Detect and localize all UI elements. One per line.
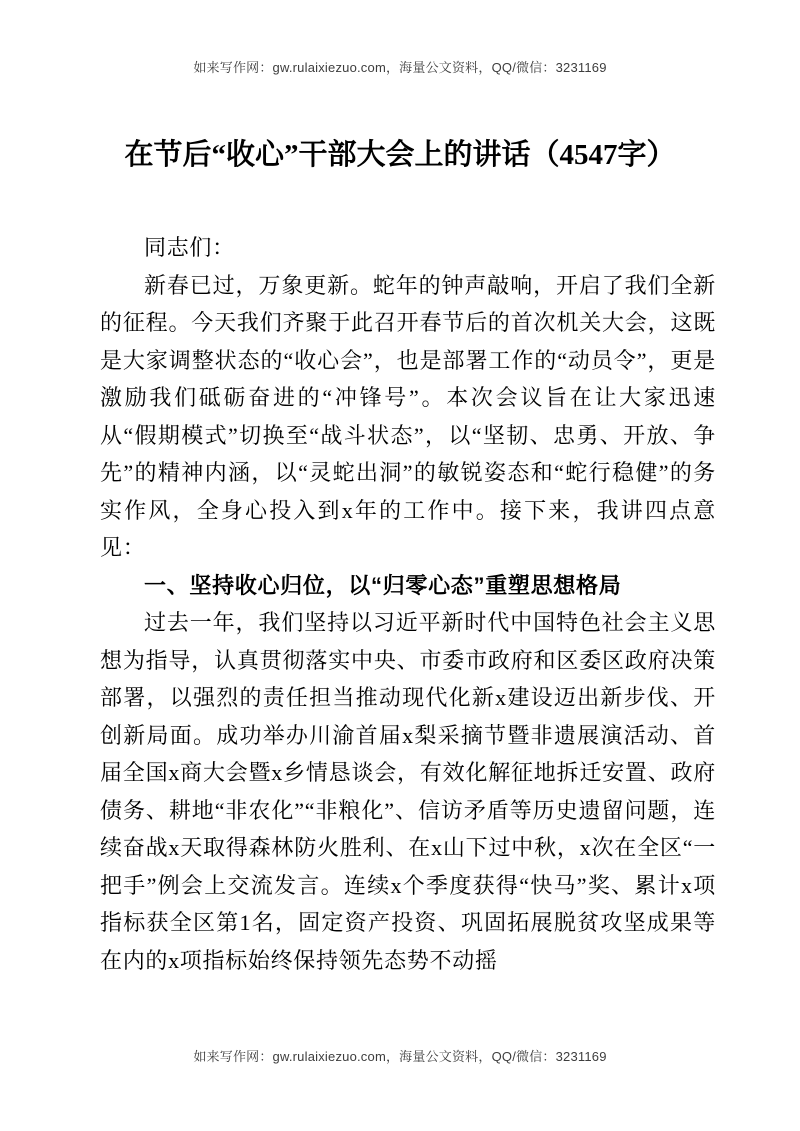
paragraph: 同志们： [100, 229, 716, 267]
section-heading: 一、坚持收心归位，以“归零心态”重塑思想格局 [100, 567, 716, 605]
paragraph: 过去一年，我们坚持以习近平新时代中国特色社会主义思想为指导，认真贯彻落实中央、市… [100, 604, 716, 979]
document-page: 如来写作网：gw.rulaixiezuo.com，海量公文资料，QQ/微信：32… [0, 0, 800, 1131]
header-watermark: 如来写作网：gw.rulaixiezuo.com，海量公文资料，QQ/微信：32… [0, 57, 800, 76]
document-body: 同志们：新春已过，万象更新。蛇年的钟声敲响，开启了我们全新的征程。今天我们齐聚于… [100, 229, 716, 979]
paragraph: 新春已过，万象更新。蛇年的钟声敲响，开启了我们全新的征程。今天我们齐聚于此召开春… [100, 267, 716, 567]
document-title: 在节后“收心”干部大会上的讲话（4547字） [117, 132, 683, 178]
footer-watermark: 如来写作网：gw.rulaixiezuo.com，海量公文资料，QQ/微信：32… [0, 1046, 800, 1065]
